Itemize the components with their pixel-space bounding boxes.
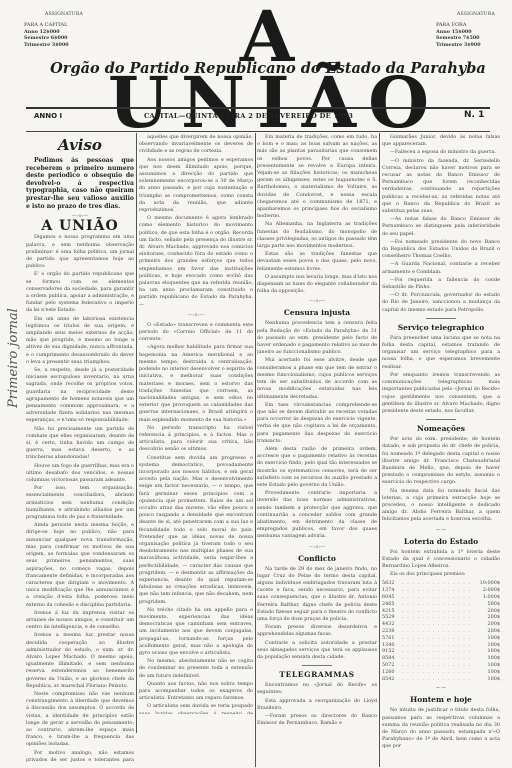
column-4: Guimarães Junior, devido ás notas falsas… [382, 134, 500, 764]
lottery-row: 5072. . . . . . . . . . . . . . . . .100… [382, 662, 500, 669]
nomeacoes-heading: Nomeações [382, 424, 500, 433]
section-rule [426, 318, 456, 319]
column-divider [379, 133, 380, 767]
article-paragraph: Ainda persiste nesta mesma feição, e dir… [26, 522, 134, 608]
article-paragraph: No intuito de justificar o titulo desta … [382, 707, 500, 750]
lottery-row: 5632. . . . . . . . . . . . . . . . .10:… [382, 580, 500, 587]
ornament-divider: ~·~ [382, 686, 500, 691]
lottery-results-table: 5632. . . . . . . . . . . . . . . . .10:… [382, 580, 500, 682]
telegrammas-heading: TELEGRAMMAS [257, 670, 377, 679]
news-item: —O ministro da fazenda, dr. Serzedello C… [382, 158, 500, 216]
article-paragraph: Se, a respeito, desde já a posteridade i… [26, 367, 134, 425]
article-paragraph: Além desta razão de primeira ordem, accr… [257, 446, 377, 489]
lottery-row: 2238. . . . . . . . . . . . . . . . .200… [382, 628, 500, 635]
article-paragraph: Não foi precisamente um partido de comba… [26, 426, 134, 462]
article-paragraph: Eis os dos principaes premios: [382, 571, 500, 578]
article-paragraph: Por motivo analogo, não estamos privados… [26, 750, 134, 764]
servico-heading: Serviço telegraphico [382, 323, 500, 332]
news-item: Guimarães Junior, devido ás notas falsas… [382, 134, 500, 148]
article-paragraph: O articulista sem duvida se teria poupad… [139, 703, 253, 714]
lottery-row: 1340. . . . . . . . . . . . . . . . .100… [382, 642, 500, 649]
article-paragraph: No periodo transcripto ha visivel refere… [139, 425, 253, 454]
issue-number: N. 1 [464, 110, 484, 120]
article-paragraph: aquelles que divergirem de nossa opinião… [139, 134, 253, 156]
column-divider [136, 133, 137, 733]
header-rule [26, 107, 490, 109]
section-rule [426, 419, 456, 420]
subscription-header: ASSIGNATURA [24, 12, 104, 18]
article-paragraph: Na mesma data foi nomeado fiscal das lot… [382, 488, 500, 524]
article-paragraph: Digamos o nosso programma em uma palavra… [26, 234, 134, 270]
censura-heading: Censura injusta [257, 308, 377, 317]
aviso-heading: Aviso [26, 137, 134, 153]
article-paragraph: —Foram presos os directores do Banco Emi… [257, 713, 377, 727]
news-item: —As notas falsas do Banco Emissor de Per… [382, 216, 500, 238]
article-paragraph: No trécho citado ha um appello para o mo… [139, 607, 253, 657]
aviso-body: Pedimos ás pessoas que receberem o prime… [26, 157, 134, 210]
article-paragraph: Constitue sem duvida um progresso o syst… [139, 455, 253, 606]
margin-handwritten-note: Primeiro jornal [2, 240, 24, 410]
section-rule [302, 665, 332, 666]
column-divider [255, 133, 256, 767]
lottery-row: 9152. . . . . . . . . . . . . . . . .100… [382, 648, 500, 655]
lottery-row: 2465. . . . . . . . . . . . . . . . .500… [382, 601, 500, 608]
conflicto-heading: Conflicto [257, 554, 377, 563]
article-paragraph: Iremos a mesma luz prestar nossa decidid… [26, 632, 134, 690]
article-paragraph: Houve um fogo de guerrilhas, mas era o u… [26, 463, 134, 485]
article-paragraph: Quanto aos factos, não nos sobra tempo p… [139, 681, 253, 703]
dateline: ANNO I CAPITAL—QUINTA-FEIRA 2 DE FEVEREI… [26, 110, 490, 122]
article-paragraph: Aos nossos amigos pedimos e esperamos qu… [139, 157, 253, 215]
article-paragraph: Em um anno de laboriosa existencia legit… [26, 316, 134, 366]
article-paragraph: O «Estado» transcreveu e commenta este p… [139, 322, 253, 344]
column-1: Aviso Pedimos ás pessoas que receberem o… [26, 134, 134, 764]
newspaper-page: Primeiro jornal ASSIGNATURA PARA A CAPIT… [0, 0, 512, 768]
volume-label: ANNO I [34, 112, 62, 120]
article-paragraph: Neste compromisso não vae nenhum constra… [26, 691, 134, 749]
lottery-row: 5529. . . . . . . . . . . . . . . . .200… [382, 614, 500, 621]
lottery-row: 1260. . . . . . . . . . . . . . . . .100… [382, 669, 500, 676]
subscription-box-outside: ASSIGNATURA PARA FORA Anno 15$000 Semest… [436, 12, 512, 48]
article-paragraph: Em materia de tradições, como em tudo, h… [257, 134, 377, 220]
article-paragraph: Nenhuma procedencia tem a censura feita … [257, 320, 377, 356]
dateline-rule [26, 131, 490, 132]
lottery-row: 4432. . . . . . . . . . . . . . . . .200… [382, 621, 500, 628]
article-paragraph: Contiarie a solicita autoridade a presta… [257, 640, 377, 662]
article-paragraph: Por isso, tem organisação, essencialment… [26, 485, 134, 521]
article-paragraph: O assumpto nos levaria longe, mas d'isto… [257, 274, 377, 296]
news-item: —A Guarda Nacional, contiarie a receber … [382, 261, 500, 275]
issue-date: CAPITAL—QUINTA-FEIRA 2 DE FEVEREIRO DE 1… [144, 112, 353, 120]
column-3: Em materia de tradições, como em tudo, h… [257, 134, 377, 764]
news-item: —Foi nomeado presidente do novo Banco da… [382, 239, 500, 261]
news-item: —Falleceu a esposa do ministro da guerra… [382, 149, 500, 156]
lottery-row: 8542. . . . . . . . . . . . . . . . .100… [382, 676, 500, 683]
article-paragraph: Para preencher uma lacuna que se nota na… [382, 335, 500, 371]
news-item: —O dr. Porciuncula, governador do estado… [382, 292, 500, 314]
ornament-divider: —:o:— [139, 313, 253, 318]
article-paragraph: Procedimento contrario importaria a inve… [257, 490, 377, 540]
subscription-price: Trimestre 3$900 [436, 42, 512, 48]
article-paragraph: Por acto do exm. presidente, de hontem d… [382, 436, 500, 486]
article-paragraph: Encontramos no «Jornal do Recife» os seg… [257, 682, 377, 696]
lottery-row: 8584. . . . . . . . . . . . . . . . .100… [382, 655, 500, 662]
subscription-price: Trimestre 3$000 [24, 42, 104, 48]
lottery-row: 1374. . . . . . . . . . . . . . . . .2:0… [382, 587, 500, 594]
article-paragraph: Foram presos diversos desordeiros e appr… [257, 624, 377, 638]
ornament-divider: —:o:— [257, 545, 377, 550]
loteria-heading: Loteria do Estado [382, 537, 500, 546]
article-paragraph: No mesmo, absolutamente não se cogita de… [139, 658, 253, 680]
article-paragraph: Mui acertado foi esse alvitre, desde que… [257, 357, 377, 400]
article-paragraph: Na Allemanha, na Inglaterra as tradições… [257, 221, 377, 250]
subscription-header: ASSIGNATURA [436, 12, 512, 18]
article-paragraph: Por emquanto iremos transcrevendo as com… [382, 372, 500, 415]
article-paragraph: Foi hontem extrahida a 1ª loteria deste … [382, 549, 500, 571]
article-paragraph: «Agora melhor habilitado para firmar sua… [139, 344, 253, 423]
ornament-divider: —:o:— [257, 299, 377, 304]
masthead: ASSIGNATURA PARA A CAPITAL Anno 12$000 S… [18, 4, 512, 76]
news-item: —Foi requerida a fallencia do conde Seba… [382, 277, 500, 291]
hontem-heading: Hontem e hoje [382, 695, 500, 704]
subscription-box-capital: ASSIGNATURA PARA A CAPITAL Anno 12$000 S… [24, 12, 104, 48]
column-2: aquelles que divergirem de nossa opinião… [139, 134, 253, 714]
editorial-heading: A UNIÃO [26, 223, 134, 230]
article-paragraph: E' o orgão do partido republicano que se… [26, 271, 134, 314]
article-paragraph: O mesmo documento é agora lembrado como … [139, 215, 253, 309]
lottery-row: 6045. . . . . . . . . . . . . . . . .1:0… [382, 594, 500, 601]
article-paragraph: Em taes circumstancias comprehende-se qu… [257, 402, 377, 445]
lottery-row: 4215. . . . . . . . . . . . . . . . .200… [382, 608, 500, 615]
article-paragraph: Iremos á luz da imprensa visitar os arra… [26, 610, 134, 632]
margin-note-text: Primeiro jornal [6, 308, 21, 408]
newspaper-subtitle: Orgão do Partido Republicano do Estado d… [28, 60, 508, 77]
ornament-divider: ~·~ [382, 528, 500, 533]
article-paragraph: Estas são as tradições funestas que deva… [257, 251, 377, 273]
lottery-row: 5761. . . . . . . . . . . . . . . . .100… [382, 635, 500, 642]
article-paragraph: Está approvada a reorganização do Lloyd … [257, 698, 377, 712]
article-paragraph: Na tarde de 29 do mez de janeiro findo, … [257, 566, 377, 624]
